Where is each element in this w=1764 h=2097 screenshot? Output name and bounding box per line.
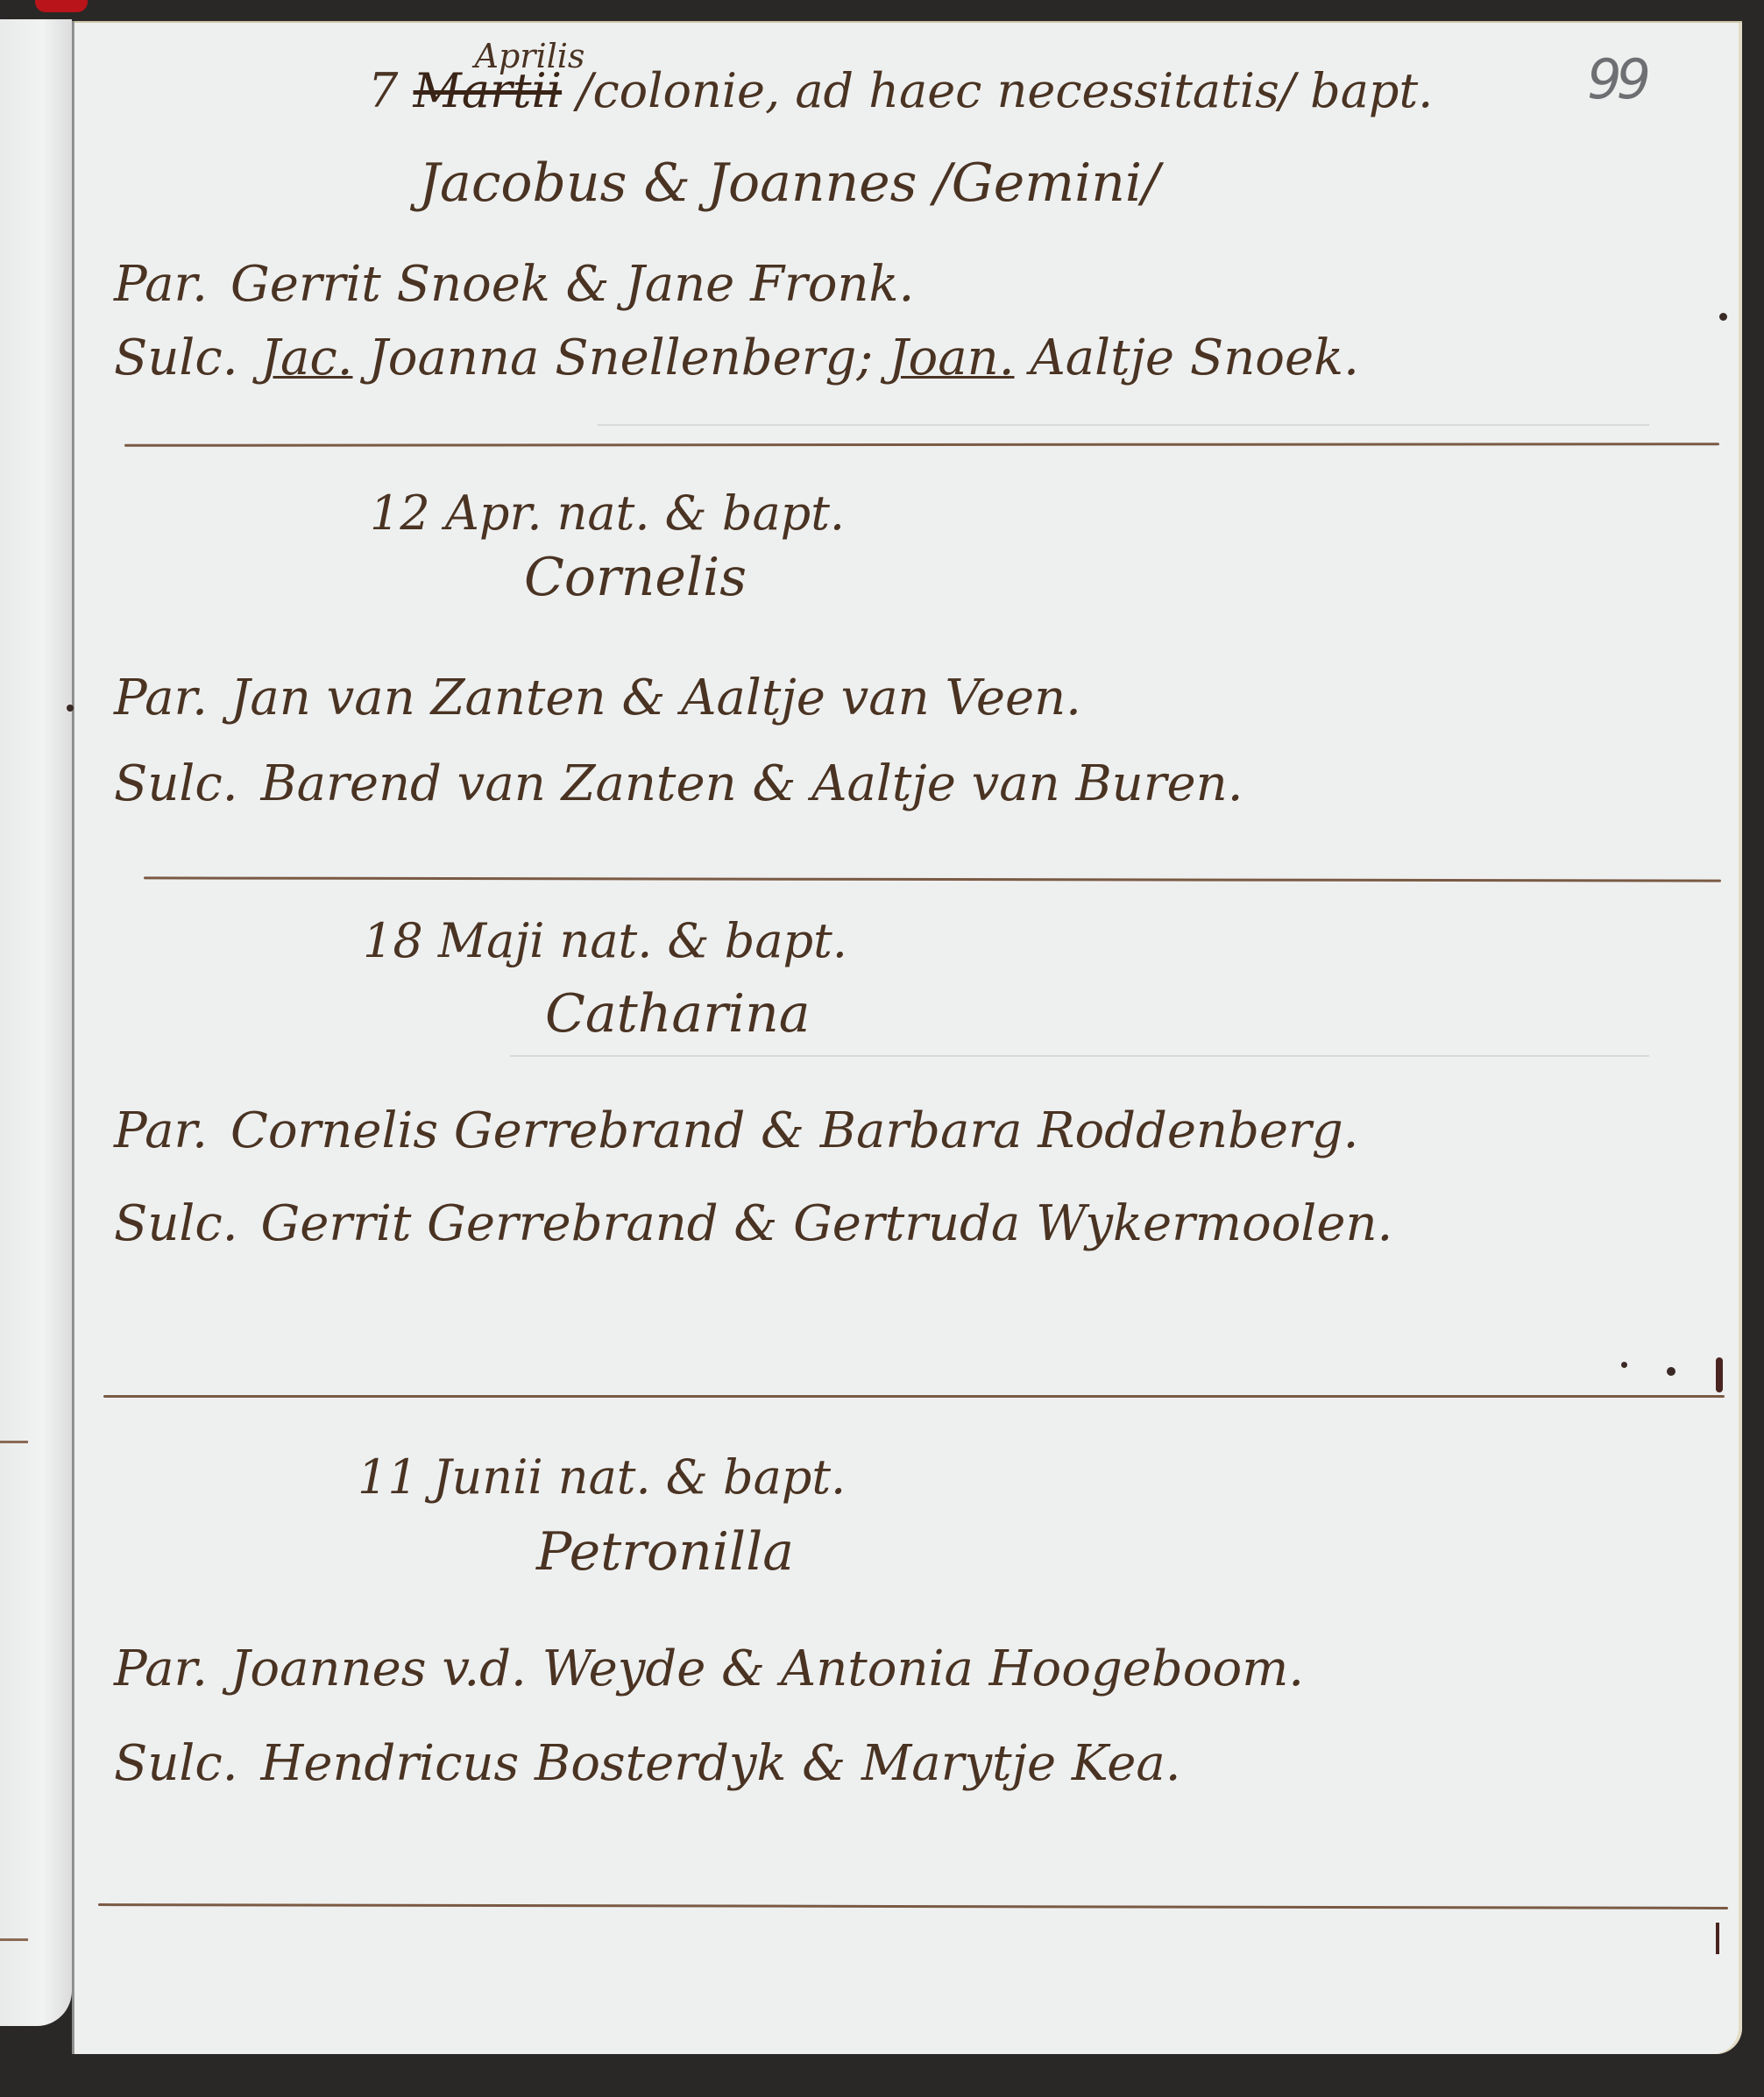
entry-1-sponsor-1: Joanna Snellenberg; xyxy=(368,329,873,386)
left-page-rule-fragment xyxy=(0,1938,28,1941)
sponsors-label: Sulc. xyxy=(114,755,238,812)
edge-ink-mark xyxy=(1716,1357,1723,1392)
entry-divider xyxy=(144,876,1721,882)
entry-2-parents: Par.Jan van Zanten & Aaltje van Veen. xyxy=(114,669,1081,726)
show-through xyxy=(598,424,1649,426)
entry-1-child-name: Jacobus & Joannes /Gemini/ xyxy=(419,152,1159,214)
entry-1-sponsor-prefix-2: Joan. xyxy=(889,329,1014,386)
entry-3-sponsors-names: Gerrit Gerrebrand & Gertruda Wykermoolen… xyxy=(261,1195,1393,1252)
left-page-edge xyxy=(0,19,72,2026)
entry-4-parents-names: Joannes v.d. Weyde & Antonia Hoogeboom. xyxy=(230,1640,1304,1697)
parents-label: Par. xyxy=(114,669,208,726)
parents-label: Par. xyxy=(114,1102,208,1159)
entry-3-parents-names: Cornelis Gerrebrand & Barbara Roddenberg… xyxy=(230,1102,1359,1159)
gutter-fold xyxy=(72,21,74,2054)
entry-2-child-name: Cornelis xyxy=(524,547,747,608)
entry-1-day: 7 xyxy=(368,63,398,118)
entry-divider xyxy=(124,443,1719,447)
entry-1-month-correction: Aprilis xyxy=(475,37,585,75)
entry-2-sponsors: Sulc.Barend van Zanten & Aaltje van Bure… xyxy=(114,755,1243,812)
ink-spot xyxy=(1621,1362,1627,1368)
entry-1-sponsors: Sulc.Jac. Joanna Snellenberg; Joan. Aalt… xyxy=(114,329,1359,386)
sponsors-label: Sulc. xyxy=(114,329,238,386)
entry-1-date: 7 Aprilis Martii /colonie, ad haec neces… xyxy=(368,63,1433,118)
entry-divider xyxy=(98,1903,1728,1909)
entry-2-date: 12 Apr. nat. & bapt. xyxy=(370,485,845,541)
parents-label: Par. xyxy=(114,256,208,313)
ink-spot xyxy=(67,705,74,712)
show-through xyxy=(510,1055,1649,1057)
entry-4-sponsors: Sulc.Hendricus Bosterdyk & Marytje Kea. xyxy=(114,1735,1181,1792)
edge-ink-mark xyxy=(1716,1923,1719,1954)
sponsors-label: Sulc. xyxy=(114,1735,238,1792)
entry-4-child-name: Petronilla xyxy=(536,1521,794,1583)
entry-4-date: 11 Junii nat. & bapt. xyxy=(358,1449,846,1505)
ink-spot xyxy=(1719,313,1727,321)
ink-spot xyxy=(1667,1367,1675,1376)
entry-1-parents: Par.Gerrit Snoek & Jane Fronk. xyxy=(114,256,914,313)
parents-label: Par. xyxy=(114,1640,208,1697)
sponsors-label: Sulc. xyxy=(114,1195,238,1252)
entry-1-parents-names: Gerrit Snoek & Jane Fronk. xyxy=(230,256,914,313)
entry-divider xyxy=(103,1395,1725,1398)
left-page-rule-fragment xyxy=(0,1441,28,1443)
register-page: 99 7 Aprilis Martii /colonie, ad haec ne… xyxy=(72,21,1742,2054)
entry-3-date: 18 Maji nat. & bapt. xyxy=(363,913,847,968)
entry-3-parents: Par.Cornelis Gerrebrand & Barbara Rodden… xyxy=(114,1102,1358,1159)
entry-2-parents-names: Jan van Zanten & Aaltje van Veen. xyxy=(230,669,1081,726)
bookmark-ribbon xyxy=(35,0,88,12)
entry-1-sponsor-prefix-1: Jac. xyxy=(261,329,353,386)
entry-3-child-name: Catharina xyxy=(545,983,811,1045)
entry-2-sponsors-names: Barend van Zanten & Aaltje van Buren. xyxy=(261,755,1243,812)
page-number: 99 xyxy=(1587,47,1646,111)
entry-1-date-rest: /colonie, ad haec necessitatis/ bapt. xyxy=(577,63,1433,118)
entry-4-parents: Par.Joannes v.d. Weyde & Antonia Hoogebo… xyxy=(114,1640,1304,1697)
entry-3-sponsors: Sulc.Gerrit Gerrebrand & Gertruda Wykerm… xyxy=(114,1195,1392,1252)
entry-1-sponsor-2: Aaltje Snoek. xyxy=(1030,329,1359,386)
entry-4-sponsors-names: Hendricus Bosterdyk & Marytje Kea. xyxy=(261,1735,1181,1792)
